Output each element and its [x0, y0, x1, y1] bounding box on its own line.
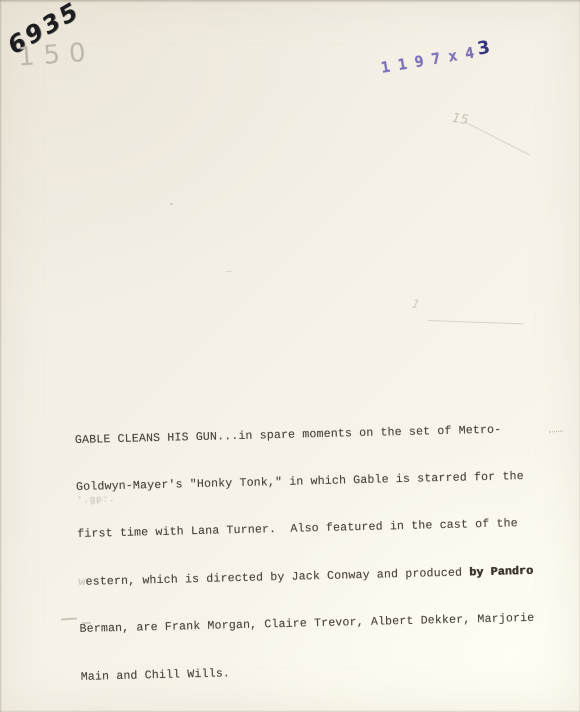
caption-line: western, which is directed by Jack Conwa… [78, 563, 548, 590]
negative-number-stamp: 1197x43 [379, 38, 496, 78]
faint-pencil-dash [61, 617, 77, 620]
caption-line: first time with Lana Turner. Also featur… [77, 516, 547, 543]
faint-pencil-dots [549, 431, 563, 434]
ink-smudge: '.gp:. [77, 494, 116, 505]
caption-line: Main and Chill Wills. [81, 658, 551, 685]
faint-pencil-note: 1 [410, 296, 421, 311]
caption-line-text: western, which is directed by Jack Conwa… [78, 566, 469, 589]
caption-line: Berman, are Frank Morgan, Claire Trevor,… [79, 611, 549, 638]
faint-pencil-note: 15 [451, 111, 470, 128]
pencil-number: 150 [17, 37, 96, 72]
scan-edge-left [0, 0, 2, 712]
typed-caption: GABLE CLEANS HIS GUN...in spare moments … [74, 390, 552, 712]
caption-line: Goldwyn-Mayer's "Honky Tonk," in which G… [76, 468, 546, 495]
caption-line: GABLE CLEANS HIS GUN...in spare moments … [75, 421, 545, 448]
caption-overstruck-text: by Pandro [469, 565, 533, 580]
paper-speck [225, 271, 232, 273]
stamp-text: 1197x4 [380, 42, 484, 77]
scan-edge-top [0, 0, 580, 3]
paper-crease [428, 320, 524, 324]
photo-back-scan: 6935 150 1197x43 15 1 GABLE CLEANS HIS G… [0, 0, 580, 712]
paper-crease [464, 121, 530, 155]
paper-speck [170, 203, 173, 205]
stamp-handwritten-overwrite: 3 [476, 37, 492, 60]
